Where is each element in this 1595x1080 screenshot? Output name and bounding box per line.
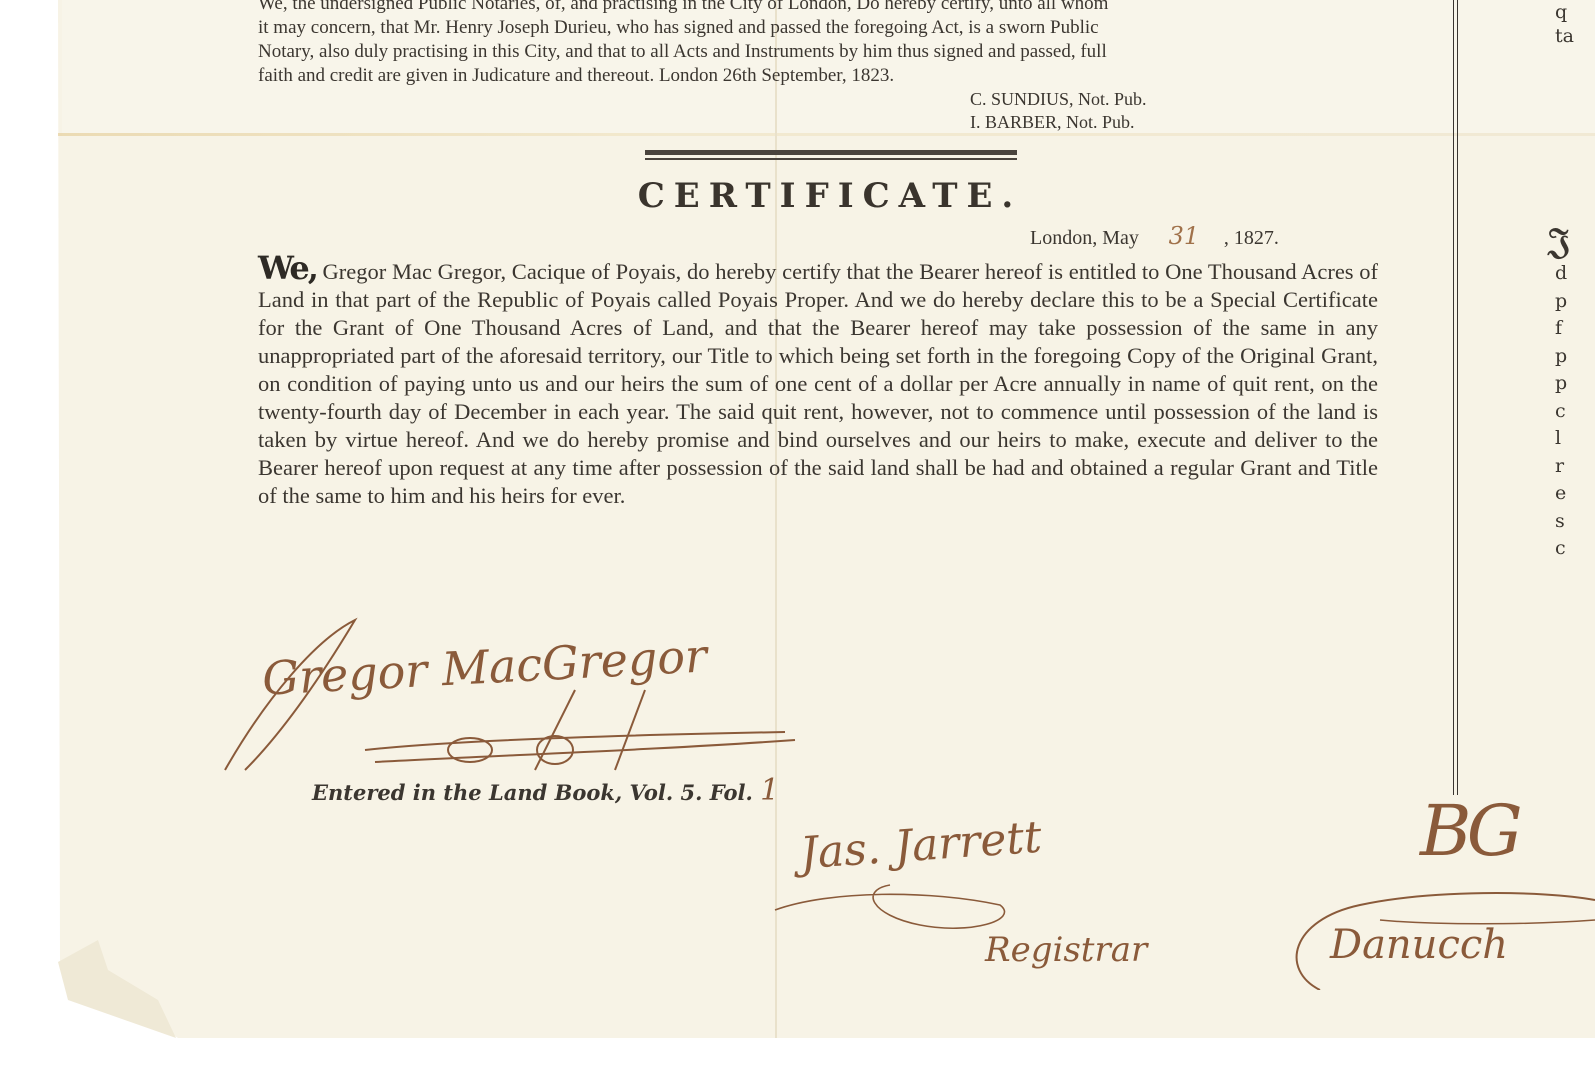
- notary-line: it may concern, that Mr. Henry Joseph Du…: [258, 16, 1383, 40]
- certificate-body-text: Gregor Mac Gregor, Cacique of Poyais, do…: [258, 259, 1378, 508]
- right-fragment: p: [1555, 343, 1567, 371]
- date-day-handwritten: 31: [1144, 222, 1224, 250]
- right-fragment: l: [1555, 425, 1567, 453]
- right-fragment: ta: [1555, 24, 1574, 48]
- blackletter-dropcap: We,: [258, 249, 317, 287]
- certificate-date: London, May 31, 1827.: [1030, 222, 1279, 250]
- notary-line: We, the undersigned Public Notaries, of,…: [258, 0, 1383, 16]
- date-suffix: , 1827.: [1224, 227, 1279, 249]
- certificate-title: CERTIFICATE.: [540, 176, 1120, 216]
- land-book-label: Entered in the Land Book, Vol. 5. Fol.: [312, 780, 753, 805]
- notary-signatory-1: C. SUNDIUS, Not. Pub.: [970, 89, 1147, 110]
- folio-number-handwritten: 1: [760, 773, 779, 808]
- right-fragment: q: [1555, 0, 1574, 24]
- right-fragment: p: [1555, 370, 1567, 398]
- right-fragment: d: [1555, 260, 1567, 288]
- registrar-title: Registrar: [985, 930, 1147, 970]
- right-fragment: c: [1555, 535, 1567, 563]
- right-fragment: f: [1555, 315, 1567, 343]
- right-column-letters: d p f p p c l r e s c: [1555, 260, 1567, 563]
- notary-attestation: We, the undersigned Public Notaries, of,…: [258, 0, 1383, 88]
- right-fragment: p: [1555, 288, 1567, 316]
- notary-signatory-2: I. BARBER, Not. Pub.: [970, 112, 1135, 133]
- column-divider-rule: [1453, 0, 1458, 795]
- witness-initials: BG: [1420, 790, 1517, 872]
- notary-line: Notary, also duly practising in this Cit…: [258, 40, 1383, 64]
- notary-line: faith and credit are given in Judicature…: [258, 64, 1383, 88]
- witness-signature: Danucch: [1330, 922, 1508, 968]
- right-fragment: s: [1555, 508, 1567, 536]
- right-fragment: r: [1555, 453, 1567, 481]
- registrar-flourish-icon: [770, 860, 1030, 940]
- right-column-dropcap: 𝔍: [1548, 228, 1570, 256]
- right-fragment: e: [1555, 480, 1567, 508]
- ornamental-rule: [645, 150, 1017, 160]
- right-fragment: c: [1555, 398, 1567, 426]
- certificate-body: We, Gregor Mac Gregor, Cacique of Poyais…: [258, 254, 1378, 510]
- signature-flourish-icon: [205, 610, 825, 780]
- land-book-entry: Entered in the Land Book, Vol. 5. Fol. 1: [312, 773, 779, 808]
- date-prefix: London, May: [1030, 227, 1139, 249]
- right-column-top: q ta: [1555, 0, 1574, 48]
- horizontal-fold-line: [58, 133, 1595, 136]
